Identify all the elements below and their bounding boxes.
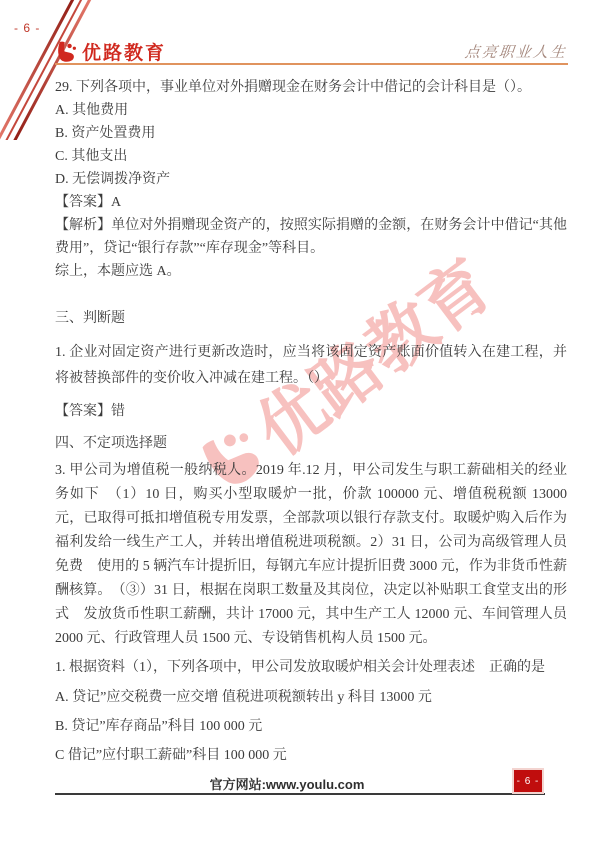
exam-content: 29. 下列各项中，事业单位对外捐赠现金在财务会计中借记的会计科目是（）。 A.… xyxy=(55,76,567,767)
sub1-option-c: C 借记”应付职工薪础”科目 100 000 元 xyxy=(55,744,567,767)
header-divider xyxy=(55,63,568,65)
question-29-answer: 【答案】A xyxy=(55,191,567,214)
footer-divider xyxy=(55,793,545,795)
question-29-option-d: D. 无偿调拨净资产 xyxy=(55,168,567,191)
section-3-heading: 三、判断题 xyxy=(55,307,567,330)
brand-logo: 优路教育 xyxy=(55,38,166,65)
tf-question-1-answer: 【答案】错 xyxy=(55,400,567,423)
brand-logo-text: 优路教育 xyxy=(82,38,166,65)
tf-question-1-stem: 1. 企业对固定资产进行更新改造时，应当将该固定资产账面价值转入在建工程，并将被… xyxy=(55,340,567,392)
youlu-logo-icon xyxy=(55,40,78,64)
section-4-heading: 四、不定项选择题 xyxy=(55,432,567,455)
question-29-stem: 29. 下列各项中，事业单位对外捐赠现金在财务会计中借记的会计科目是（）。 xyxy=(55,76,567,99)
document-page: - 6 - 优路教育 点亮职业人生 优路教育 29. 下列各项中，事业单位对外捐… xyxy=(0,0,600,849)
brand-slogan: 点亮职业人生 xyxy=(464,41,568,62)
page-number-badge: - 6 - xyxy=(512,768,544,794)
question-3-sub1-stem: 1. 根据资料（1），下列各项中，甲公司发放取暖炉相关会计处理表述 正确的是 xyxy=(55,656,567,680)
question-29-option-b: B. 资产处置费用 xyxy=(55,122,567,145)
question-29-conclusion: 综上，本题应选 A。 xyxy=(55,260,567,283)
footer-website: 官方网站:www.youlu.com xyxy=(0,774,574,793)
sub1-option-b: B. 贷记”库存商品”科目 100 000 元 xyxy=(55,715,567,738)
question-29-option-c: C. 其他支出 xyxy=(55,145,567,168)
question-29-analysis: 【解析】单位对外捐赠现金资产的，按照实际捐赠的金额，在财务会计中借记“其他费用”… xyxy=(55,214,567,260)
question-29-option-a: A. 其他费用 xyxy=(55,99,567,122)
sub1-option-a: A. 贷记”应交税费一应交增 值税进项税额转出 y 科目 13000 元 xyxy=(55,686,567,709)
question-3-stem: 3. 甲公司为增值税一般纳税人。2019 年.12 月，甲公司发生与职工薪础相关… xyxy=(55,459,567,651)
